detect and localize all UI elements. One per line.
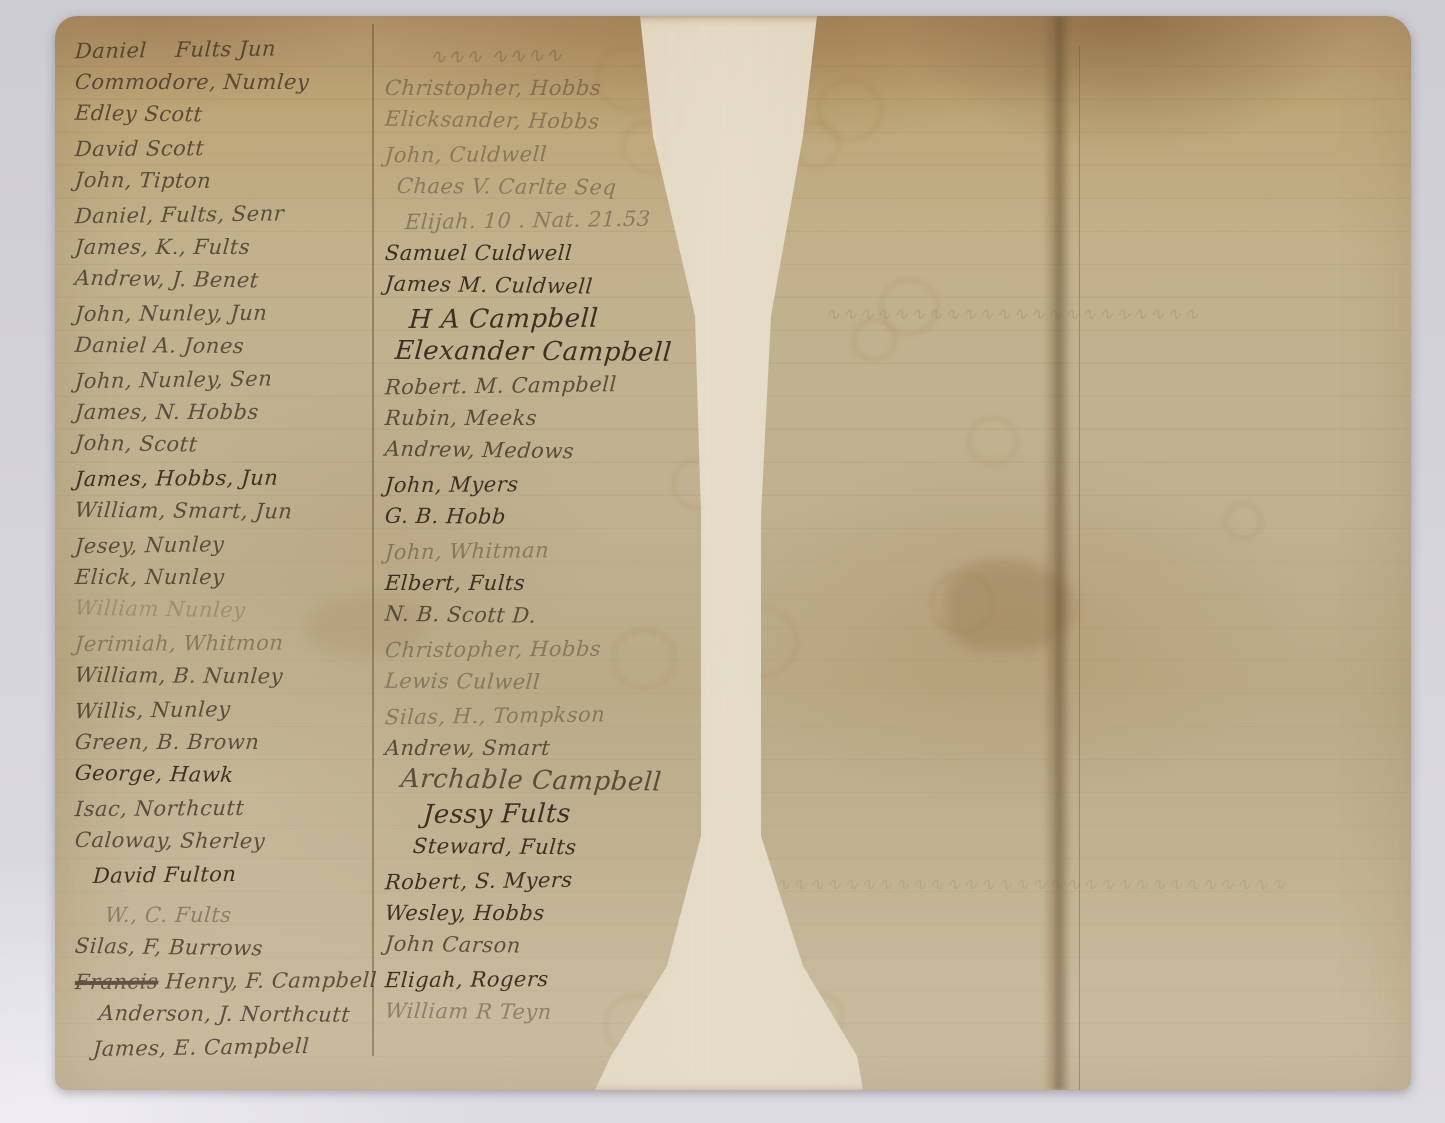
signature-text: Silas, H., Tompkson	[384, 702, 606, 729]
struck-out-name: Francis	[74, 969, 159, 994]
signature-text: Rubin, Meeks	[384, 406, 538, 430]
fold-crease	[1043, 16, 1071, 1090]
signature-entry: Elexander Campbell	[384, 334, 727, 369]
signature-text: John, Scott	[74, 430, 199, 456]
signature-entry: Green, B. Brown	[74, 725, 396, 758]
signature-text: Chaes V. Carlte Seq	[396, 173, 617, 199]
signature-text: John, Nunley, Sen	[74, 366, 273, 393]
signature-text: H A Campbell	[408, 303, 599, 334]
stain-ring	[879, 278, 939, 336]
stain-ring	[791, 992, 845, 1044]
signature-entry: James, K., Fults	[74, 230, 396, 263]
signature-text: Steward, Fults	[412, 834, 577, 859]
signature-entry: Elicksander, Hobbs	[384, 102, 727, 140]
signature-text: Jerimiah, Whitmon	[74, 630, 284, 655]
signature-entry: W., C. Fults	[74, 898, 396, 931]
signature-entry: Christopher, Hobbs	[384, 71, 726, 104]
signature-text: Commodore, Numley	[74, 70, 310, 94]
signature-entry: Jerimiah, Whitmon	[74, 625, 396, 660]
signature-entry: Robert. M. Campbell	[384, 366, 726, 404]
signature-text: John, Whitman	[384, 538, 550, 564]
signature-text: Robert, S. Myers	[384, 867, 573, 894]
signature-entry: James, Hobbs, Jun	[74, 460, 396, 495]
signature-text: John, Tipton	[74, 167, 212, 192]
signature-text: Caloway, Sherley	[74, 827, 266, 852]
signature-text: John, Nunley, Jun	[74, 300, 268, 325]
signature-entry: G. B. Hobb	[384, 499, 727, 534]
signature-entry: James M. Culdwell	[384, 267, 727, 305]
signature-entry: Jesey, Nunley	[74, 525, 396, 562]
signature-text: James, K., Fults	[74, 235, 251, 259]
signature-entry: John, Nunley, Sen	[74, 360, 396, 397]
signature-text: George, Hawk	[74, 760, 235, 786]
signature-entry: Silas, H., Tompkson	[384, 696, 726, 734]
signature-entry: John, Whitman	[384, 531, 726, 569]
signature-entry: David Fulton	[74, 855, 396, 892]
signature-text: Archable Campbell	[400, 763, 663, 797]
signature-entry: Samuel Culdwell	[384, 236, 726, 269]
signature-text: ∿∿∿ ∿∿∿∿	[428, 42, 563, 68]
signature-column-right: ∿∿∿ ∿∿∿∿Christopher, HobbsElicksander, H…	[385, 38, 725, 1028]
signature-text: Lewis Culwell	[384, 668, 541, 693]
signature-entry: ∿∿∿ ∿∿∿∿	[384, 36, 726, 74]
signature-entry: N. B. Scott D.	[384, 597, 727, 635]
signature-text: Andrew, J. Benet	[74, 265, 260, 292]
signature-entry: Christopher, Hobbs	[384, 631, 726, 666]
signature-entry: John, Myers	[384, 466, 726, 501]
signature-entry: John, Tipton	[74, 163, 397, 198]
signature-entry: Willis, Nunley	[74, 690, 396, 727]
signature-text: Robert. M. Campbell	[384, 372, 617, 399]
signature-text: Elexander Campbell	[394, 335, 673, 367]
signature-text: Silas, F, Burrows	[74, 933, 264, 960]
signature-entry: Daniel, Fults, Senr	[74, 195, 396, 232]
signature-entry: Elick, Nunley	[74, 560, 396, 593]
signature-entry: David Scott	[74, 130, 396, 165]
signature-text: John Carson	[384, 931, 522, 957]
signature-entry: William, Smart, Jun	[74, 493, 397, 528]
signature-entry: Edley Scott	[74, 96, 397, 133]
signature-entry: Archable Campbell	[384, 762, 727, 800]
signature-text: Anderson, J. Northcutt	[98, 1001, 351, 1027]
stain-ring	[967, 416, 1019, 466]
signature-entry: William R Teyn	[384, 994, 727, 1029]
signature-entry: Andrew, Smart	[384, 731, 726, 764]
signature-text: Henry, F. Campbell	[165, 968, 378, 993]
signature-text: James, Hobbs, Jun	[74, 465, 279, 490]
signature-text: David Fulton	[92, 861, 237, 887]
signature-entry: Lewis Culwell	[384, 664, 727, 699]
signature-text: Daniel A. Jones	[74, 332, 245, 357]
signature-text: John, Culdwell	[384, 142, 548, 167]
stain-ring	[817, 78, 883, 142]
signature-entry: James, E. Campbell	[74, 1028, 396, 1065]
signature-text: Andrew, Medows	[384, 436, 575, 463]
signature-entry: Robert, S. Myers	[384, 861, 726, 899]
signature-entry: FrancisHenry, F. Campbell	[74, 963, 396, 998]
signature-entry: Daniel Fults Jun	[74, 30, 396, 67]
signature-entry: Wesley, Hobbs	[384, 896, 726, 929]
signature-text: W., C. Fults	[104, 903, 232, 927]
signature-text: Isac, Northcutt	[74, 795, 245, 820]
signature-text: Andrew, Smart	[384, 736, 551, 760]
faint-scribble: ∿∿∿∿∿∿∿∿∿∿∿∿∿∿∿∿∿∿∿∿∿∿∿∿∿∿∿∿∿∿	[775, 874, 1287, 895]
signature-text: Christopher, Hobbs	[384, 76, 602, 100]
signature-entry: Caloway, Sherley	[74, 823, 397, 858]
signature-text: Eligah, Rogers	[384, 967, 549, 992]
signature-text: Daniel, Fults, Senr	[74, 201, 285, 228]
signature-entry: George, Hawk	[74, 756, 397, 793]
signature-text: James, N. Hobbs	[74, 400, 260, 424]
signature-text: John, Myers	[384, 472, 519, 497]
signature-text: Elbert, Fults	[384, 571, 526, 595]
stain-ring	[721, 606, 799, 678]
signature-text: Elicksander, Hobbs	[384, 106, 601, 133]
signature-text: Jesey, Nunley	[74, 532, 225, 558]
signature-entry: Jessy Fults	[384, 796, 726, 831]
signature-entry: John Carson	[384, 927, 727, 965]
signature-text: William, B. Nunley	[74, 662, 284, 687]
signature-text: Christopher, Hobbs	[384, 636, 602, 662]
signature-entry: James, N. Hobbs	[74, 395, 396, 428]
signature-entry: Anderson, J. Northcutt	[74, 996, 397, 1031]
signature-entry: Elijah. 10 . Nat. 21.53	[384, 201, 726, 239]
signature-entry: Elbert, Fults	[384, 566, 726, 599]
signature-text: Elick, Nunley	[74, 565, 225, 589]
signature-text: William Nunley	[74, 595, 247, 621]
signature-entry: H A Campbell	[384, 301, 726, 336]
signature-entry: Rubin, Meeks	[384, 401, 726, 434]
signature-entry: Silas, F, Burrows	[74, 929, 397, 966]
stain-ring	[791, 120, 841, 168]
signature-text: Elijah. 10 . Nat. 21.53	[404, 206, 651, 233]
signature-text: Daniel Fults Jun	[74, 36, 276, 63]
signature-text: James M. Culdwell	[384, 271, 594, 298]
signature-entry: Eligah, Rogers	[384, 961, 726, 996]
signature-text: N. B. Scott D.	[384, 601, 537, 627]
vertical-ruled-line	[1079, 46, 1080, 1090]
signature-text: James, E. Campbell	[92, 1033, 310, 1060]
ink-stain-blob	[945, 561, 1075, 651]
signature-text: Willis, Nunley	[74, 697, 231, 723]
signature-entry: John, Nunley, Jun	[74, 295, 396, 330]
document-paper: ∿∿∿∿∿∿∿∿∿∿∿∿∿∿∿∿∿∿∿∿∿∿ ∿∿∿∿∿∿∿∿∿∿∿∿∿∿∿∿∿…	[55, 16, 1411, 1090]
signature-text: Wesley, Hobbs	[384, 901, 545, 925]
stain-ring	[929, 572, 995, 634]
signature-entry: Andrew, J. Benet	[74, 261, 397, 298]
signature-entry: Steward, Fults	[384, 829, 727, 864]
signature-entry: William Nunley	[74, 591, 397, 628]
signature-entry: Isac, Northcutt	[74, 790, 396, 825]
stain-ring	[1223, 502, 1263, 540]
faint-scribble: ∿∿∿∿∿∿∿∿∿∿∿∿∿∿∿∿∿∿∿∿∿∿	[825, 304, 1201, 325]
photo-of-document: ∿∿∿∿∿∿∿∿∿∿∿∿∿∿∿∿∿∿∿∿∿∿ ∿∿∿∿∿∿∿∿∿∿∿∿∿∿∿∿∿…	[0, 0, 1445, 1123]
signature-entry: John, Scott	[74, 426, 397, 463]
signature-entry: John, Culdwell	[384, 136, 726, 171]
signature-entry: Commodore, Numley	[74, 65, 396, 98]
signature-text: Edley Scott	[74, 100, 204, 126]
signature-text: William R Teyn	[384, 998, 553, 1023]
signature-text: G. B. Hobb	[384, 503, 507, 528]
signature-entry: Chaes V. Carlte Seq	[384, 169, 727, 204]
signature-entry: Daniel A. Jones	[74, 328, 397, 363]
signature-text: Samuel Culdwell	[384, 241, 573, 265]
signature-text: David Scott	[74, 136, 205, 161]
signature-column-left: Daniel Fults JunCommodore, NumleyEdley S…	[75, 32, 395, 1063]
signature-entry: William, B. Nunley	[74, 658, 397, 693]
stain-ring	[851, 318, 897, 362]
signature-text: William, Smart, Jun	[74, 497, 293, 523]
signature-entry: Andrew, Medows	[384, 432, 727, 470]
signature-text: Green, B. Brown	[74, 730, 260, 754]
signature-text: Jessy Fults	[422, 798, 572, 829]
